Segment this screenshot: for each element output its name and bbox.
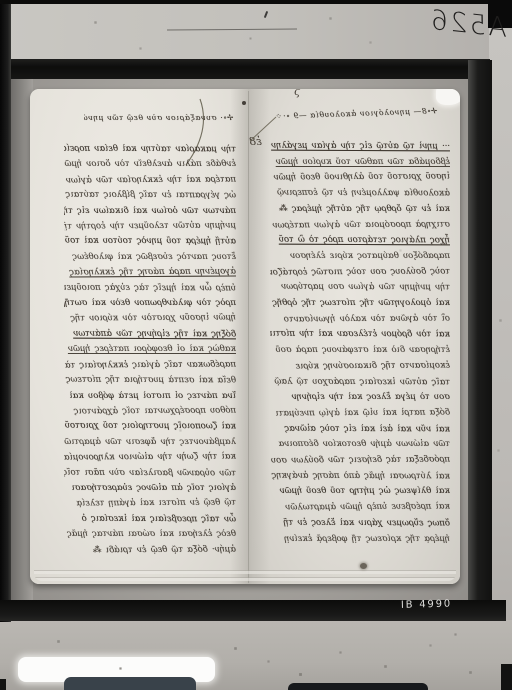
ink-speck <box>242 101 246 105</box>
open-manuscript-book: ✢∘· συναξάριον σὺν θεῷ τῶν μηνῶν ·∘✢ ✛∘8… <box>30 89 460 584</box>
right-page-lines: ··· μηνὶ τῷ αὐτῷ εἰς τὴν ἁγίαν μεγάληνἑβ… <box>270 139 450 549</box>
photograph-of-manuscript: A526 ✢∘· συναξάριον σὺν θεῷ τῶν μηνῶν ·∘… <box>0 0 512 690</box>
manuscript-text-line: θεῖα καὶ σεπτὰ μυστήρια τῆς πίστεως <box>64 373 236 389</box>
manuscript-text-line: ἐνθάδε πάλιν ἀνελθεῖν τὸν ὅσιον ἡμῶν <box>64 157 236 172</box>
manuscript-text-line: καὶ τὴν ζωὴν τὴν αἰώνιον κληρονομίαν <box>64 450 236 466</box>
left-page-lines: τὴν μακαρίαν ταύτην καὶ θείαν πορείανἐνθ… <box>64 142 236 562</box>
manuscript-text-line: ἀμήν· δόξα τῷ θεῷ ἐν τριάδι ⁂ <box>64 542 236 558</box>
manuscript-text-line: καὶ νῦν καὶ ἀεὶ καὶ εἰς τοὺς αἰῶνας <box>270 421 450 437</box>
manuscript-text-line: ··· μηνὶ τῷ αὐτῷ εἰς τὴν ἁγίαν μεγάλην <box>270 139 450 155</box>
manuscript-text-line: πρὸς τὸν φιλάνθρωπον θεὸν καὶ σωτῆρα <box>64 296 236 311</box>
manuscript-text-line: λαμβάνοντες τὴν ἄφεσιν τῶν ἁμαρτιῶν <box>64 435 236 450</box>
header-flourish-glyph: ϛ̓ <box>294 89 300 98</box>
manuscript-text-line: καὶ ὁμολογητῶν τῆς πίστεως τῆς ὀρθῆς <box>270 296 450 312</box>
plate-clip-right <box>288 683 428 690</box>
manuscript-text-line: καθὼς καὶ οἱ θεοφόροι πατέρες ἡμῶν <box>64 342 236 357</box>
manuscript-text-line: καὶ λύτρωσαι ἡμᾶς ἀπὸ πάσης ἀνάγκης <box>270 468 450 484</box>
manuscript-text-line: ἡμέρᾳ τῆς κρίσεως τῇ φοβερᾷ ἐκείνῃ <box>270 532 450 548</box>
manuscript-text-line: πατέρα καὶ τὴν ἐκκλησίαν τῶν ἁγίων ⁂ <box>64 172 236 188</box>
frame-left-bar <box>0 4 11 622</box>
manuscript-text-line: ἑβδομάδα τῶν παθῶν τοῦ κυρίου ἡμῶν <box>270 155 450 171</box>
manuscript-text-line: καὶ πρέσβευε ὑπὲρ ἡμῶν ἁμαρτωλῶν <box>270 500 450 517</box>
manuscript-text-line: παραδόξου θαύματος κύριε ἐλέησον <box>270 249 450 265</box>
manuscript-text-line: ἀγομένην παρὰ πάσης τῆς ἐκκλησίας <box>64 265 236 281</box>
manuscript-text-line: στιχηρὰ προσόμοια τῶν ἁγίων πατέρων ⁂ <box>270 217 450 234</box>
manuscript-text-line: πρόσδεξαι τὰς δεήσεις τῶν δούλων σου <box>270 453 450 470</box>
manuscript-text-line: ταῖς αὐτῶν ἱκεσίαις παράσχου τῷ λαῷ <box>270 374 450 390</box>
manuscript-text-line: ἀκολουθία ψαλλομένη ἐν τῷ ἑσπερινῷ <box>270 186 450 202</box>
manuscript-text-line: ἔτους παντὸς εὐσεβῶς καὶ φιλοθέως <box>64 250 236 265</box>
manuscript-text-line: καὶ θλίψεως ὡς μήτηρ τοῦ θεοῦ ἡμῶν <box>270 484 450 500</box>
manuscript-text-line: ὧν ταῖς πρεσβείαις καὶ ἱκεσίαις ὁ <box>64 511 236 527</box>
manuscript-text-line: ὡς γέγραπται ἐν ταῖς βίβλοις ταύταις <box>64 188 236 204</box>
parchment-corner-blemish <box>436 89 460 105</box>
manuscript-text-line: ὅπως εὕρωμεν χάριν καὶ ἔλεος ἐν τῇ <box>270 515 450 531</box>
manuscript-text-line: τῶν αἰώνων ἀμήν θεοτοκίον δέσποινα <box>270 437 450 453</box>
manuscript-text-line: οἳ τὸν ἀγῶνα τὸν καλὸν ἠγωνίσαντο <box>270 311 450 328</box>
manuscript-text-line: θεὸς ἐλεήσαι καὶ σώσαι πάντας ἡμᾶς <box>64 527 236 542</box>
manuscript-text-line: ἦχος πλάγιος τετάρτου πρὸς τὸ ὢ τοῦ <box>270 233 450 249</box>
plate-corner-bottom-right <box>501 664 512 690</box>
round-stain <box>360 563 367 569</box>
plate-right-margin <box>489 27 512 669</box>
page-stack-bottom-edge <box>34 567 456 581</box>
manuscript-text-line: μνήμην αὐτῶν τελοῦμεν τὴν ἑορτὴν τῇ <box>64 219 236 235</box>
manuscript-text-line: τῶν οὐρανῶν βασιλείαν σὺν πᾶσι τοῖς <box>64 465 236 481</box>
manuscript-text-line: αὐτῇ ἡμέρᾳ τοῦ μηνὸς τούτου καὶ τοῦ <box>64 234 236 250</box>
manuscript-text-line: τοὺς δούλους σου τοὺς πιστῶς ἑορτάζοντας <box>270 264 450 281</box>
manuscript-text-line: πάντων τῶν ὁσίων καὶ δικαίων εἰς τὴν <box>64 204 236 219</box>
negative-number-label: IB 4990 <box>401 598 471 616</box>
frame-top-bar <box>5 59 490 79</box>
plate-clip-left <box>64 677 196 690</box>
manuscript-text-line: καὶ ἐν τῷ ὄρθρῳ τῆς αὐτῆς ἡμέρας ⁂ <box>270 202 450 218</box>
manuscript-text-line: ἐτήρησαν διὸ καὶ στεφάνους παρὰ σοῦ <box>270 343 450 359</box>
manuscript-text-line: ὑπὲρ ὧν καὶ ἡμεῖς τὰς εὐχὰς ποιοῦμεν <box>64 280 236 296</box>
manuscript-text-line: καὶ τὸν δρόμον ἐτέλεσαν καὶ τὴν πίστιν <box>270 327 450 343</box>
manuscript-text-line: παρέδωκαν ταῖς ἁγίαις ἐκκλησίαις τὰ <box>64 357 236 373</box>
dust-specks <box>0 0 1 1</box>
frame-right-bar <box>468 60 492 606</box>
manuscript-text-line: δόξα πατρὶ καὶ υἱῷ καὶ ἁγίῳ πνεύματι <box>270 405 450 422</box>
manuscript-text-line: πόθου προσέρχωνται τοῖς ἀχράντοις <box>64 403 236 419</box>
manuscript-text-line: ἰησοῦ χριστοῦ τοῦ ἀληθινοῦ θεοῦ ἡμῶν <box>270 170 450 187</box>
manuscript-text-line: καὶ ζωοποιοῖς μυστηρίοις τοῦ χριστοῦ <box>64 419 236 435</box>
manuscript-text-line: ἵνα πάντες οἱ πιστοὶ μετὰ φόβου καὶ <box>64 389 236 404</box>
plate-corner-bottom-left <box>0 679 6 690</box>
book-gutter-shadow <box>230 89 270 584</box>
manuscript-text-line: ἐκομίσαντο τῆς δικαιοσύνης κύριε <box>270 358 450 375</box>
manuscript-text-line: ἁγίοις τοῖς ἀπ αἰῶνος εὐαρεστήσασι <box>64 481 236 496</box>
gutter-crease-line <box>248 91 249 583</box>
manuscript-text-line: τὴν μνήμην τῶν ἁγίων σου μαρτύρων <box>270 280 450 296</box>
manuscript-text-line: δόξης καὶ τῆς εἰρήνης τῶν ἁπάντων <box>64 326 236 342</box>
manuscript-text-line: ἡμῶν ἰησοῦν χριστὸν τὸν κύριον τῆς <box>64 311 236 327</box>
manuscript-text-line: σου τὸ μέγα ἔλεος καὶ τὴν εἰρήνην <box>270 390 450 406</box>
manuscript-text-line: τῷ θεῷ ἐν πίστει καὶ ἀγάπῃ τελείᾳ <box>64 496 236 512</box>
manuscript-text-line: τὴν μακαρίαν ταύτην καὶ θείαν πορείαν <box>64 142 236 158</box>
